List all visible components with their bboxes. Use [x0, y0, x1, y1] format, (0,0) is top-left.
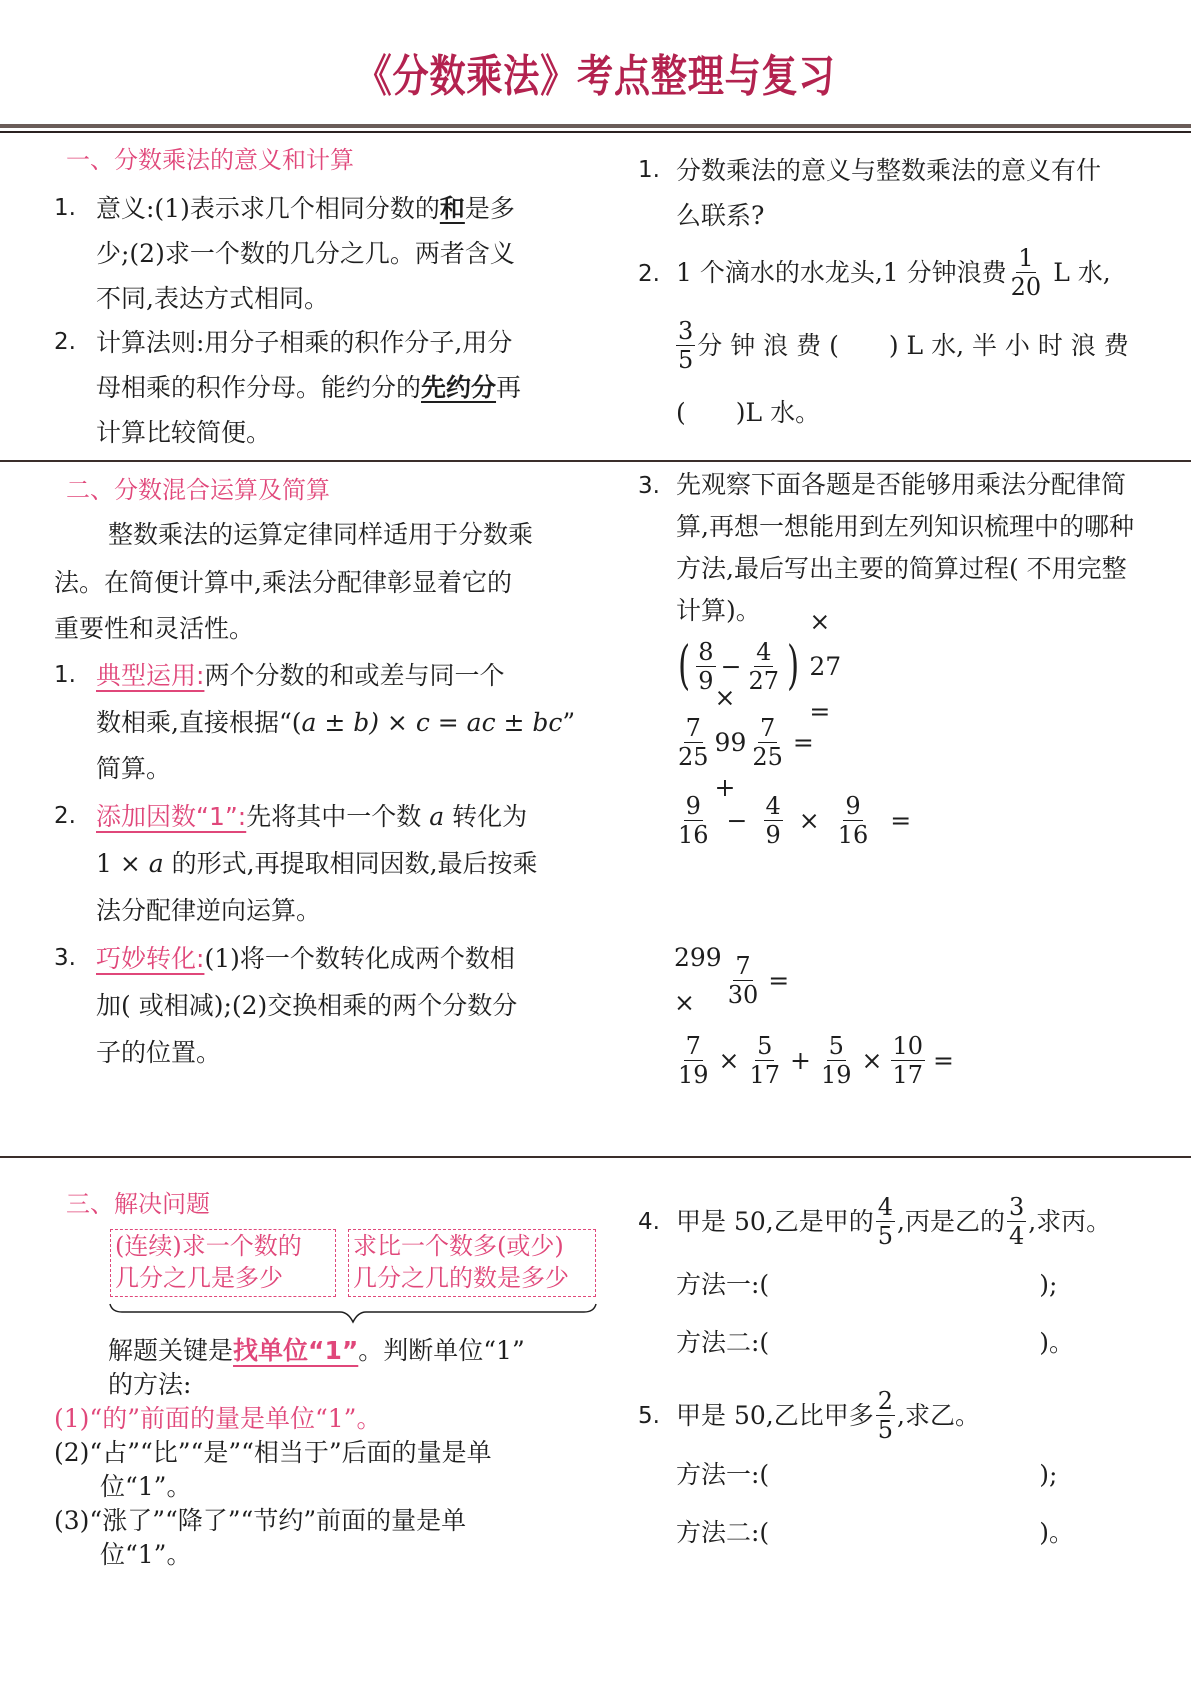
key-method-line2: 的方法: [108, 1368, 191, 1402]
q5-method-1: 方法一:(); [676, 1452, 1057, 1497]
s1-item2-line1: 计算法则:用分子相乘的积作分子,用分 [96, 320, 512, 365]
problem-type-box-2: 求比一个数多(或少)几分之几的数是多少 [348, 1229, 596, 1297]
key-term: 添加因数“1”: [96, 802, 246, 831]
item-number: 1. [54, 186, 76, 231]
rule-3-line2: 位“1”。 [100, 1538, 191, 1572]
q-number: 1. [638, 148, 660, 193]
q4-method-1: 方法一:(); [676, 1262, 1057, 1307]
s2-item2-line2: 1 × a 的形式,再提取相同因数,最后按乘 [96, 841, 538, 886]
s1-item1-line3: 不同,表达方式相同。 [96, 276, 329, 321]
s1-item1-line2: 少;(2)求一个数的几分之几。两者含义 [96, 231, 515, 276]
s2-intro-line2: 法。在简便计算中,乘法分配律彰显着它的 [54, 560, 512, 605]
expression-4: 299 × 730 = [674, 950, 795, 1010]
q-number: 2. [638, 252, 660, 297]
s2-intro-line1: 整数乘法的运算定律同样适用于分数乘 [108, 512, 533, 557]
rule-1: (1)“的”前面的量是单位“1”。 [54, 1402, 381, 1436]
section-3-heading: 三、解决问题 [66, 1184, 210, 1219]
q4-method-2: 方法二:()。 [676, 1320, 1074, 1365]
fraction: 120 [1009, 246, 1044, 299]
brace-icon [108, 1302, 598, 1324]
section-1-heading: 一、分数乘法的意义和计算 [66, 140, 354, 175]
q2-line2: 35 分 钟 浪 费 ( ) L 水, 半 小 时 浪 费 [674, 310, 1129, 380]
s1-item1-line1: 意义:(1)表示求几个相同分数的和是多 [96, 186, 515, 231]
s2-item2-line1: 添加因数“1”:先将其中一个数 a 转化为 [96, 794, 527, 839]
formula: a ± b) × c = ac ± bc [301, 708, 562, 737]
section-2-heading: 二、分数混合运算及简算 [66, 470, 330, 505]
s2-item2-line3: 法分配律逆向运算。 [96, 888, 321, 933]
key-term: 典型运用: [96, 661, 204, 690]
page-title: 《分数乘法》考点整理与复习 [107, 40, 1084, 104]
q2-line3: ()L 水。 [676, 390, 820, 435]
item-number: 1. [54, 653, 76, 698]
problem-type-box-1: (连续)求一个数的几分之几是多少 [110, 1229, 336, 1297]
item-number: 2. [54, 794, 76, 839]
key-term: 找单位“1” [233, 1336, 358, 1365]
s2-item1-line3: 简算。 [96, 746, 171, 791]
s2-item1-line2: 数相乘,直接根据“(a ± b) × c = ac ± bc” [96, 700, 575, 745]
item-number: 2. [54, 320, 76, 365]
s2-item1-line1: 典型运用:两个分数的和或差与同一个 [96, 653, 504, 698]
expression-2: 725 × 99 + 725 = [674, 712, 820, 772]
q2-line1: 1 个滴水的水龙头,1 分钟浪费 120 L 水, [676, 237, 1111, 307]
expression-3: 916 − 49 × 916 = [674, 790, 917, 850]
section-divider [0, 1156, 1191, 1158]
q5-text: 甲是 50,乙比甲多 25 ,求乙。 [676, 1380, 980, 1450]
q3-line3: 方法,最后写出主要的简算过程( 不用完整 [676, 548, 1127, 590]
q3-line1: 先观察下面各题是否能够用乘法分配律简 [676, 464, 1126, 506]
rule-3-line1: (3)“涨了”“降了”“节约”前面的量是单 [54, 1504, 466, 1538]
q-number: 3. [638, 464, 660, 509]
s2-item3-line1: 巧妙转化:(1)将一个数转化成两个数相 [96, 936, 515, 981]
rule-2-line2: 位“1”。 [100, 1470, 191, 1504]
expression-1: ( 89 − 427 ) × 27 = [674, 636, 847, 696]
q5-method-2: 方法二:()。 [676, 1510, 1074, 1555]
key-method-line1: 解题关键是找单位“1”。判断单位“1” [108, 1334, 525, 1368]
q3-line4: 计算)。 [676, 590, 761, 632]
q-number: 4. [638, 1200, 660, 1245]
s1-item2-line2: 母相乘的积作分母。能约分的先约分再 [96, 365, 521, 410]
item-number: 3. [54, 936, 76, 981]
rule-2-line1: (2)“占”“比”“是”“相当于”后面的量是单 [54, 1436, 492, 1470]
s2-item3-line3: 子的位置。 [96, 1030, 221, 1075]
fraction: 35 [676, 319, 695, 372]
q3-line2: 算,再想一想能用到左列知识梳理中的哪种 [676, 506, 1134, 548]
q1-line1: 分数乘法的意义与整数乘法的意义有什 [676, 148, 1101, 193]
q4-text: 甲是 50,乙是甲的 45 ,丙是乙的 34 ,求丙。 [676, 1186, 1111, 1256]
s2-intro-line3: 重要性和灵活性。 [54, 606, 254, 651]
key-term: 巧妙转化: [96, 944, 204, 973]
s2-item3-line2: 加( 或相减);(2)交换相乘的两个分数分 [96, 983, 517, 1028]
expression-5: 719 × 517 + 519 × 1017 = [674, 1030, 960, 1090]
q1-line2: 么联系? [676, 193, 764, 238]
q-number: 5. [638, 1394, 660, 1439]
section-divider [0, 460, 1191, 462]
s1-item2-line3: 计算比较简便。 [96, 410, 271, 455]
